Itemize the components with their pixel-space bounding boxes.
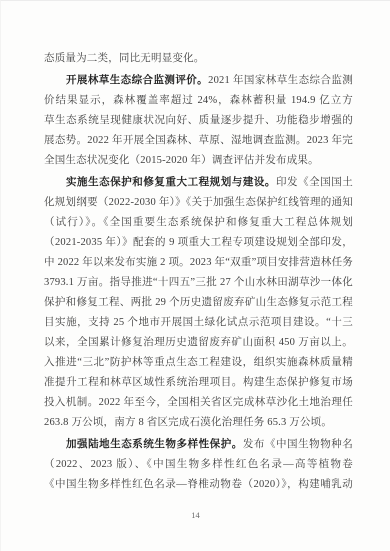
- text-line: 加强陆地生态系统生物多样性保护。发布《中国生物物种名录》: [44, 435, 353, 455]
- body-text: 化规划纲要（2022-2030 年）》《关于加强生态保护红线管理的通知: [44, 197, 353, 208]
- document-page: 态质量为二类，同比无明显变化。开展林草生态综合监测评价。2021 年国家林草生态…: [0, 0, 390, 551]
- body-text: 投入机制。2022 年至今，全国相关省区完成林草沙化土地治理任务: [44, 397, 353, 413]
- text-line: 《中国生物多样性红色名录—脊椎动物卷（2020）》，构建哺乳动: [44, 475, 353, 495]
- body-text: 全国生态状况变化（2015-2020 年）调查评估并发布成果。: [44, 155, 319, 166]
- body-text: （2021-2035 年）》配套的 9 项重大工程专项建设规划全部印发，其: [44, 237, 353, 253]
- text-line: 开展林草生态综合监测评价。2021 年国家林草生态综合监测评: [44, 71, 353, 91]
- text-line: （2021-2035 年）》配套的 9 项重大工程专项建设规划全部印发，其: [44, 233, 353, 253]
- bold-lead-in: 加强陆地生态系统生物多样性保护。: [66, 439, 243, 450]
- text-line: 展态势。2022 年开展全国森林、草原、湿地调查监测。2023 年完成: [44, 131, 353, 151]
- body-text: 《中国生物多样性红色名录—脊椎动物卷（2020）》，构建哺乳动: [44, 479, 353, 490]
- text-line: 保护和修复工程、两批 29 个历史遗留废弃矿山生态修复示范工程项: [44, 293, 353, 313]
- body-text: 目实施，支持 25 个地市开展国土绿化试点示范项目建设。“十三五”: [44, 317, 353, 333]
- text-line: 入推进“三北”防护林等重点生态工程建设，组织实施森林质量精: [44, 353, 353, 373]
- text-line: 263.8 万公顷，南方 8 省区完成石漠化治理任务 65.3 万公顷。: [44, 413, 353, 433]
- body-text: 中 2022 年以来发布实施 2 项。2023 年“双重”项目安排营造林任务: [44, 257, 353, 268]
- text-line: 价结果显示，森林覆盖率超过 24%，森林蓄积量 194.9 亿立方米，林: [44, 91, 353, 111]
- text-line: 中 2022 年以来发布实施 2 项。2023 年“双重”项目安排营造林任务: [44, 253, 353, 273]
- body-text: 3793.1 万亩。指导推进“十四五”三批 27 个山水林田湖草沙一体化: [44, 277, 353, 288]
- body-text: 263.8 万公顷，南方 8 省区完成石漠化治理任务 65.3 万公顷。: [44, 417, 332, 428]
- text-line: 投入机制。2022 年至今，全国相关省区完成林草沙化土地治理任务: [44, 393, 353, 413]
- body-text: 准提升工程和林草区域性系统治理项目。构建生态保护修复市场化: [44, 377, 353, 393]
- body-text: 展态势。2022 年开展全国森林、草原、湿地调查监测。2023 年完成: [44, 135, 353, 151]
- text-line: 实施生态保护和修复重大工程规划与建设。印发《全国国土绿: [44, 173, 353, 193]
- paragraph: 实施生态保护和修复重大工程规划与建设。印发《全国国土绿化规划纲要（2022-20…: [44, 173, 353, 433]
- page-number: 14: [1, 509, 390, 521]
- text-line: 准提升工程和林草区域性系统治理项目。构建生态保护修复市场化: [44, 373, 353, 393]
- text-line: 态质量为二类，同比无明显变化。: [44, 49, 353, 69]
- paragraph: 加强陆地生态系统生物多样性保护。发布《中国生物物种名录》（2022、2023 版…: [44, 435, 353, 495]
- text-line: 目实施，支持 25 个地市开展国土绿化试点示范项目建设。“十三五”: [44, 313, 353, 333]
- text-line: （试行）》。《全国重要生态系统保护和修复重大工程总体规划: [44, 213, 353, 233]
- text-line: 以来，全国累计修复治理历史遗留废弃矿山面积 450 万亩以上。深: [44, 333, 353, 353]
- text-line: （2022、2023 版）、《中国生物多样性红色名录—高等植物卷(2020)》、: [44, 455, 353, 475]
- text-line: 3793.1 万亩。指导推进“十四五”三批 27 个山水林田湖草沙一体化: [44, 273, 353, 293]
- text-line: 化规划纲要（2022-2030 年）》《关于加强生态保护红线管理的通知: [44, 193, 353, 213]
- paragraph: 态质量为二类，同比无明显变化。: [44, 49, 353, 69]
- text-line: 全国生态状况变化（2015-2020 年）调查评估并发布成果。: [44, 151, 353, 171]
- body-text: 价结果显示，森林覆盖率超过 24%，森林蓄积量 194.9 亿立方米，林: [44, 95, 353, 111]
- body-text: （试行）》。《全国重要生态系统保护和修复重大工程总体规划: [44, 217, 353, 228]
- paragraph: 开展林草生态综合监测评价。2021 年国家林草生态综合监测评价结果显示，森林覆盖…: [44, 71, 353, 171]
- body-text: 以来，全国累计修复治理历史遗留废弃矿山面积 450 万亩以上。深: [44, 337, 353, 353]
- body-text: 保护和修复工程、两批 29 个历史遗留废弃矿山生态修复示范工程项: [44, 297, 353, 313]
- body-text: 草生态系统呈现健康状况向好、质量逐步提升、功能稳步增强的发: [44, 115, 353, 131]
- body-text: 态质量为二类，同比无明显变化。: [44, 53, 205, 64]
- body-text: 入推进“三北”防护林等重点生态工程建设，组织实施森林质量精: [44, 357, 353, 368]
- bold-lead-in: 实施生态保护和修复重大工程规划与建设。: [66, 177, 276, 188]
- body-text: （2022、2023 版）、《中国生物多样性红色名录—高等植物卷(2020)》、: [44, 459, 353, 475]
- bold-lead-in: 开展林草生态综合监测评价。: [66, 75, 208, 86]
- text-line: 草生态系统呈现健康状况向好、质量逐步提升、功能稳步增强的发: [44, 111, 353, 131]
- document-body: 态质量为二类，同比无明显变化。开展林草生态综合监测评价。2021 年国家林草生态…: [44, 49, 353, 495]
